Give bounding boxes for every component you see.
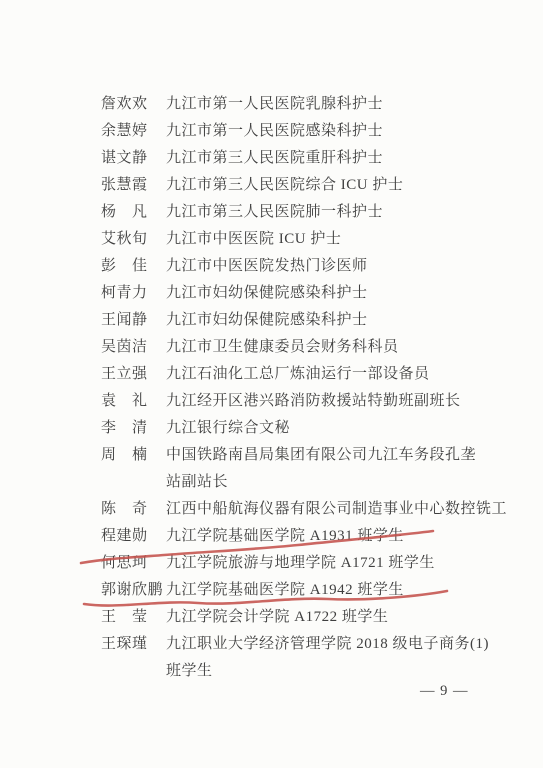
- person-title: 九江市第一人民医院乳腺科护士: [166, 91, 383, 118]
- person-title-line: 九江市中医医院 ICU 护士: [166, 226, 341, 253]
- person-title-line: 九江经开区港兴路消防救援站特勤班副班长: [166, 388, 461, 415]
- page-number: — 9 —: [420, 681, 469, 701]
- person-name: 杨 凡: [101, 199, 166, 226]
- roster-row: 詹欢欢九江市第一人民医院乳腺科护士: [101, 91, 507, 118]
- roster-row: 余慧婷九江市第一人民医院感染科护士: [101, 118, 507, 145]
- roster-row: 王闻静九江市妇幼保健院感染科护士: [101, 307, 507, 334]
- person-name: 李 清: [101, 415, 166, 442]
- roster-row: 谌文静九江市第三人民医院重肝科护士: [101, 145, 507, 172]
- roster-row: 周 楠中国铁路南昌局集团有限公司九江车务段孔垄站副站长: [101, 442, 507, 496]
- roster-row: 程建勋九江学院基础医学院 A1931 班学生: [101, 523, 507, 550]
- person-title-line: 九江市卫生健康委员会财务科科员: [166, 334, 399, 361]
- person-title: 九江学院会计学院 A1722 班学生: [166, 604, 388, 631]
- person-title: 九江学院旅游与地理学院 A1721 班学生: [166, 550, 435, 577]
- person-title: 九江市第三人民医院肺一科护士: [166, 199, 383, 226]
- person-title: 九江经开区港兴路消防救援站特勤班副班长: [166, 388, 461, 415]
- roster-row: 王 莹九江学院会计学院 A1722 班学生: [101, 604, 507, 631]
- person-title-line: 九江市第三人民医院重肝科护士: [166, 145, 383, 172]
- person-title: 九江学院基础医学院 A1931 班学生: [166, 523, 404, 550]
- roster-row: 袁 礼九江经开区港兴路消防救援站特勤班副班长: [101, 388, 507, 415]
- person-title-line: 江西中船航海仪器有限公司制造事业中心数控铣工: [166, 496, 507, 523]
- person-name: 詹欢欢: [101, 91, 166, 118]
- roster-row: 何思珂九江学院旅游与地理学院 A1721 班学生: [101, 550, 507, 577]
- person-title: 九江市卫生健康委员会财务科科员: [166, 334, 399, 361]
- roster-row: 王琛瑾九江职业大学经济管理学院 2018 级电子商务(1)班学生: [101, 631, 507, 685]
- person-name: 王 莹: [101, 604, 166, 631]
- person-title: 九江市妇幼保健院感染科护士: [166, 307, 368, 334]
- person-name: 谌文静: [101, 145, 166, 172]
- person-title-line: 九江学院基础医学院 A1942 班学生: [166, 577, 404, 604]
- person-name: 周 楠: [101, 442, 166, 496]
- person-name: 王立强: [101, 361, 166, 388]
- person-title-line: 九江市第一人民医院乳腺科护士: [166, 91, 383, 118]
- person-title: 江西中船航海仪器有限公司制造事业中心数控铣工: [166, 496, 507, 523]
- person-title: 九江职业大学经济管理学院 2018 级电子商务(1)班学生: [166, 631, 489, 685]
- roster-row: 艾秋旬九江市中医医院 ICU 护士: [101, 226, 507, 253]
- person-title-line: 九江学院旅游与地理学院 A1721 班学生: [166, 550, 435, 577]
- person-title-line: 九江学院基础医学院 A1931 班学生: [166, 523, 404, 550]
- roster-row: 杨 凡九江市第三人民医院肺一科护士: [101, 199, 507, 226]
- person-title: 九江石油化工总厂炼油运行一部设备员: [166, 361, 430, 388]
- roster-row: 陈 奇江西中船航海仪器有限公司制造事业中心数控铣工: [101, 496, 507, 523]
- roster-list: 詹欢欢九江市第一人民医院乳腺科护士余慧婷九江市第一人民医院感染科护士谌文静九江市…: [101, 91, 507, 685]
- person-title-line: 九江市妇幼保健院感染科护士: [166, 307, 368, 334]
- person-title-line: 九江石油化工总厂炼油运行一部设备员: [166, 361, 430, 388]
- person-name: 郭谢欣鹏: [101, 577, 166, 604]
- person-title: 九江市第一人民医院感染科护士: [166, 118, 383, 145]
- roster-row: 柯青力九江市妇幼保健院感染科护士: [101, 280, 507, 307]
- person-name: 何思珂: [101, 550, 166, 577]
- person-title: 九江市中医医院发热门诊医师: [166, 253, 368, 280]
- person-name: 余慧婷: [101, 118, 166, 145]
- person-name: 艾秋旬: [101, 226, 166, 253]
- roster-row: 彭 佳九江市中医医院发热门诊医师: [101, 253, 507, 280]
- person-title-line: 九江职业大学经济管理学院 2018 级电子商务(1): [166, 631, 489, 658]
- document-page: 詹欢欢九江市第一人民医院乳腺科护士余慧婷九江市第一人民医院感染科护士谌文静九江市…: [0, 0, 543, 768]
- person-name: 张慧霞: [101, 172, 166, 199]
- roster-row: 王立强九江石油化工总厂炼油运行一部设备员: [101, 361, 507, 388]
- person-title: 中国铁路南昌局集团有限公司九江车务段孔垄站副站长: [166, 442, 476, 496]
- roster-row: 张慧霞九江市第三人民医院综合 ICU 护士: [101, 172, 507, 199]
- person-name: 程建勋: [101, 523, 166, 550]
- person-title-line: 九江银行综合文秘: [166, 415, 290, 442]
- roster-row: 李 清九江银行综合文秘: [101, 415, 507, 442]
- person-title: 九江学院基础医学院 A1942 班学生: [166, 577, 404, 604]
- person-name: 柯青力: [101, 280, 166, 307]
- person-title-line: 九江市第一人民医院感染科护士: [166, 118, 383, 145]
- person-title-line: 九江市妇幼保健院感染科护士: [166, 280, 368, 307]
- person-title-line: 九江市第三人民医院综合 ICU 护士: [166, 172, 403, 199]
- person-title-line: 九江市第三人民医院肺一科护士: [166, 199, 383, 226]
- person-name: 陈 奇: [101, 496, 166, 523]
- person-title-line: 九江市中医医院发热门诊医师: [166, 253, 368, 280]
- person-title: 九江市中医医院 ICU 护士: [166, 226, 341, 253]
- person-title: 九江市第三人民医院综合 ICU 护士: [166, 172, 403, 199]
- person-name: 彭 佳: [101, 253, 166, 280]
- person-title: 九江市第三人民医院重肝科护士: [166, 145, 383, 172]
- person-title-line: 中国铁路南昌局集团有限公司九江车务段孔垄: [166, 442, 476, 469]
- roster-row: 郭谢欣鹏九江学院基础医学院 A1942 班学生: [101, 577, 507, 604]
- person-title-line: 九江学院会计学院 A1722 班学生: [166, 604, 388, 631]
- person-title: 九江市妇幼保健院感染科护士: [166, 280, 368, 307]
- person-name: 吴茵洁: [101, 334, 166, 361]
- roster-row: 吴茵洁九江市卫生健康委员会财务科科员: [101, 334, 507, 361]
- person-name: 王琛瑾: [101, 631, 166, 685]
- person-title-line: 站副站长: [166, 469, 476, 496]
- person-name: 袁 礼: [101, 388, 166, 415]
- person-title: 九江银行综合文秘: [166, 415, 290, 442]
- person-name: 王闻静: [101, 307, 166, 334]
